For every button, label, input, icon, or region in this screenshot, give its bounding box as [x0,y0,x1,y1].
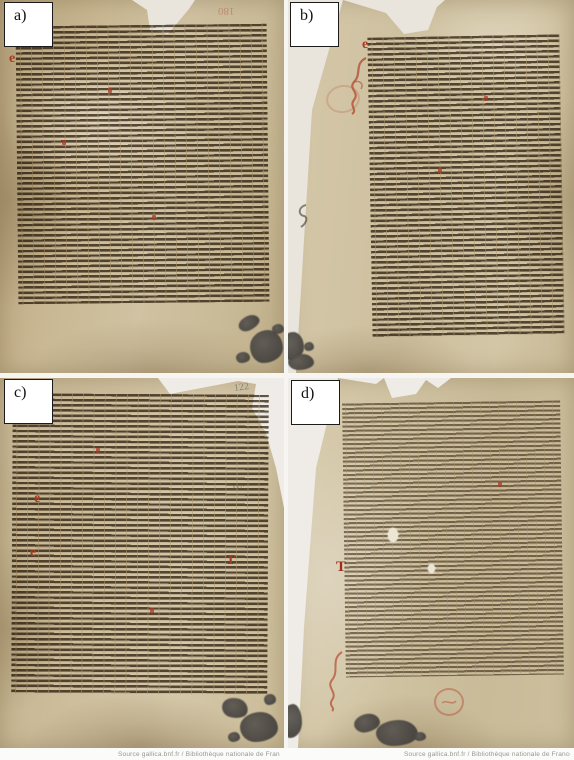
rubric-mark [498,482,502,487]
panel-label: d) [292,381,339,403]
panel-label: a) [5,3,52,25]
manuscript-text-block [367,34,564,337]
manuscript-photo-c: 122 xvi· e e T c) [0,378,284,748]
panel-label-box: a) [4,2,53,47]
marginal-note: xvi· [232,482,245,491]
rubric-mark [438,168,442,173]
manuscript-text-block [11,393,269,694]
manuscript-text-block [342,400,564,677]
parchment-hole [388,528,398,542]
rubric-mark [152,215,156,220]
manuscript-text-block [16,24,270,305]
rubric-mark [484,96,488,101]
marginal-mark [294,203,310,229]
manuscript-photo-a: e 180 a) [0,0,284,373]
folio-number: 180 [218,5,235,17]
rubric-initial: e [34,492,40,506]
rubric-mark [96,448,100,453]
panel-label-box: d) [291,380,340,425]
panel-label: b) [291,3,338,25]
rubric-mark [150,608,154,613]
rubric-initial: e [362,38,368,52]
attribution-text: Source gallica.bnf.fr / Bibliothèque nat… [404,751,570,758]
folio-number: 122 [233,381,249,394]
manuscript-photo-d: T d) [288,378,574,748]
panel-label: c) [5,380,52,402]
rubric-mark [108,88,112,93]
panel-label-box: c) [4,379,53,424]
rubric-mark [62,140,66,145]
figure-grid: e 180 a) e b) [0,0,574,760]
rubric-initial: e [9,52,15,66]
rubric-initial: T [226,554,235,568]
parchment-hole [428,564,435,573]
rubric-initial: T [336,560,346,575]
library-stamp [434,688,464,716]
rubric-initial: e [30,546,36,560]
attribution-text: Source gallica.bnf.fr / Bibliothèque nat… [118,751,284,758]
manuscript-photo-b: e b) [288,0,574,373]
pen-flourish [324,650,348,712]
attribution-bar: Source gallica.bnf.fr / Bibliothèque nat… [0,748,574,760]
panel-label-box: b) [290,2,339,47]
